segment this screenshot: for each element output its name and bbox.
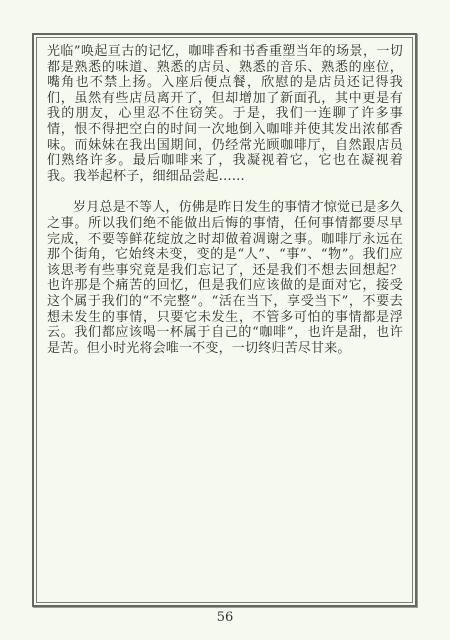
paragraph-1: 光临”唤起亘古的记忆，咖啡香和书香重塑当年的场景，一切都是熟悉的味道、熟悉的店员…	[47, 44, 403, 184]
body-text: 光临”唤起亘古的记忆，咖啡香和书香重塑当年的场景，一切都是熟悉的味道、熟悉的店员…	[37, 38, 412, 602]
paragraph-2: 岁月总是不等人，仿佛是昨日发生的事情才惊觉已是多久之事。所以我们绝不能做出后悔的…	[47, 200, 403, 356]
page-background: { "document": { "paragraphs": [ { "text"…	[0, 0, 450, 640]
inner-border: 光临”唤起亘古的记忆，咖啡香和书香重塑当年的场景，一切都是熟悉的味道、熟悉的店员…	[36, 37, 413, 603]
page-number: 56	[0, 610, 450, 625]
page-border-frame: 光临”唤起亘古的记忆，咖啡香和书香重塑当年的场景，一切都是熟悉的味道、熟悉的店员…	[32, 33, 417, 607]
